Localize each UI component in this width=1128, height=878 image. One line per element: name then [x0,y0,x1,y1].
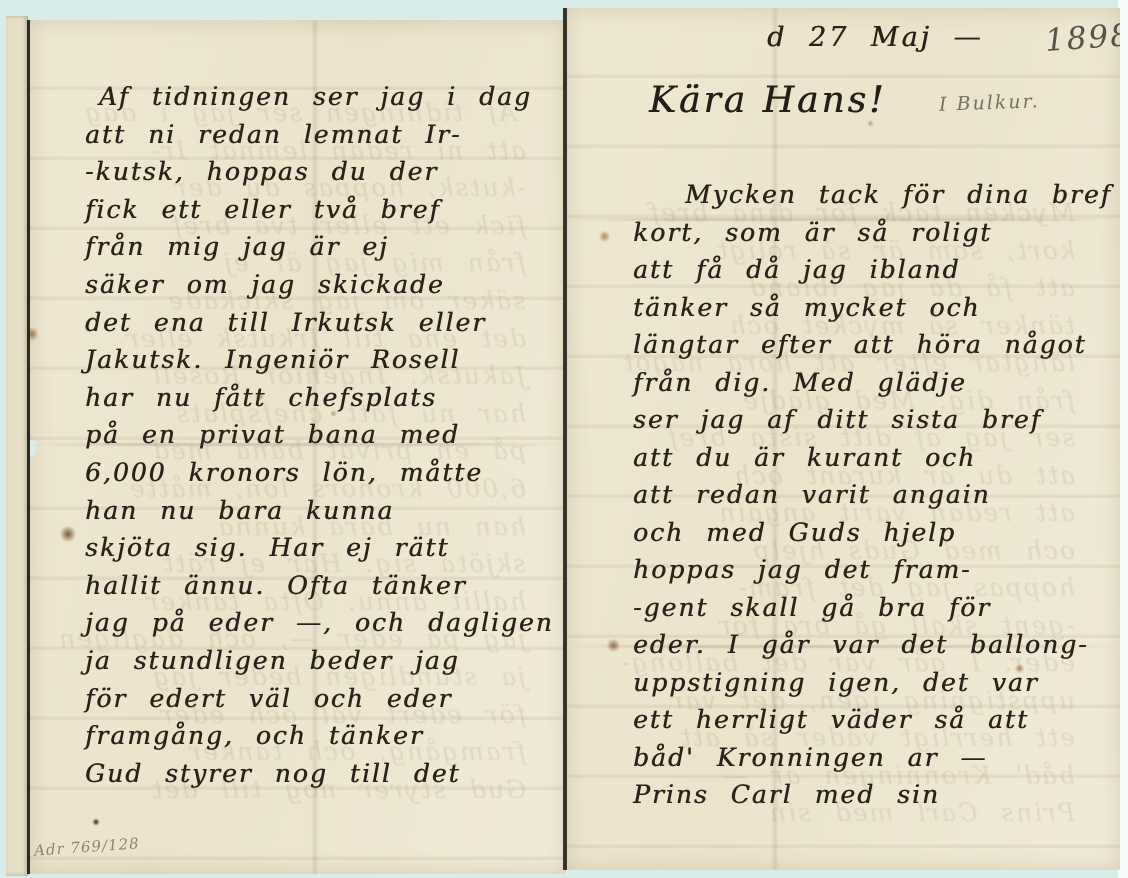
handwritten-line: -gent skall gå bra för [633,593,991,623]
back-page-edge [6,16,28,876]
handwritten-line: från dig. Med glädje [633,368,967,398]
handwriting-right: Mycken tack för dina brefkort, som är så… [567,8,1120,870]
letter-page-right: Mycken tack för dina brefkort, som är så… [563,8,1120,870]
handwritten-line: ser jag af ditt sista bref [633,405,1042,435]
handwritten-line: Mycken tack för dina bref [685,180,1112,210]
handwritten-line: Af tidningen ser jag i dag [99,82,532,112]
handwritten-line: har nu fått chefsplats [85,383,437,413]
handwritten-line: Jakutsk. Ingeniör Rosell [85,345,460,375]
handwritten-line: på en privat bana med [85,420,460,450]
letter-page-left: Af tidningen ser jag i dagatt ni redan l… [27,20,566,874]
handwritten-line: jag på eder —, och dagligen [85,608,554,638]
handwritten-line: han nu bara kunna [85,496,394,526]
handwritten-line: från mig jag är ej [85,232,389,262]
handwritten-line: eder. I går var det ballong- [633,630,1089,660]
handwritten-line: kort, som är så roligt [633,218,992,248]
handwritten-line: framgång, och tänker [85,721,424,751]
handwritten-line: längtar efter att höra något [633,330,1087,360]
handwritten-line: båd' Kronningen ar — [633,743,987,773]
handwritten-line: ja stundligen beder jag [85,646,460,676]
handwritten-line: ett herrligt väder så att [633,705,1029,735]
handwritten-line: Prins Carl med sin [633,780,940,810]
handwritten-line: -kutsk, hoppas du der [85,157,438,187]
handwritten-line: att redan varit angain [633,480,991,510]
handwritten-line: uppstigning igen, det var [633,668,1039,698]
handwritten-line: det ena till Irkutsk eller [85,308,486,338]
handwritten-line: tänker så mycket och [633,293,981,323]
handwritten-line: skjöta sig. Har ej rätt [85,533,449,563]
handwritten-line: att ni redan lemnat Ir- [85,120,461,150]
handwritten-line: Gud styrer nog till det [85,759,461,789]
handwritten-line: för edert väl och eder [85,684,452,714]
handwritten-line: hoppas jag det fram- [633,555,972,585]
handwriting-left: Af tidningen ser jag i dagatt ni redan l… [30,20,566,874]
handwritten-line: hallit ännu. Ofta tänker [85,571,467,601]
handwritten-line: att du är kurant och [633,443,976,473]
handwritten-line: och med Guds hjelp [633,518,956,548]
handwritten-line: fick ett eller två bref [85,195,441,225]
handwritten-line: säker om jag skickade [85,270,445,300]
handwritten-line: 6,000 kronors lön, måtte [85,458,483,488]
letter-scan: Af tidningen ser jag i dagatt ni redan l… [0,0,1128,878]
handwritten-line: att få då jag ibland [633,255,961,285]
